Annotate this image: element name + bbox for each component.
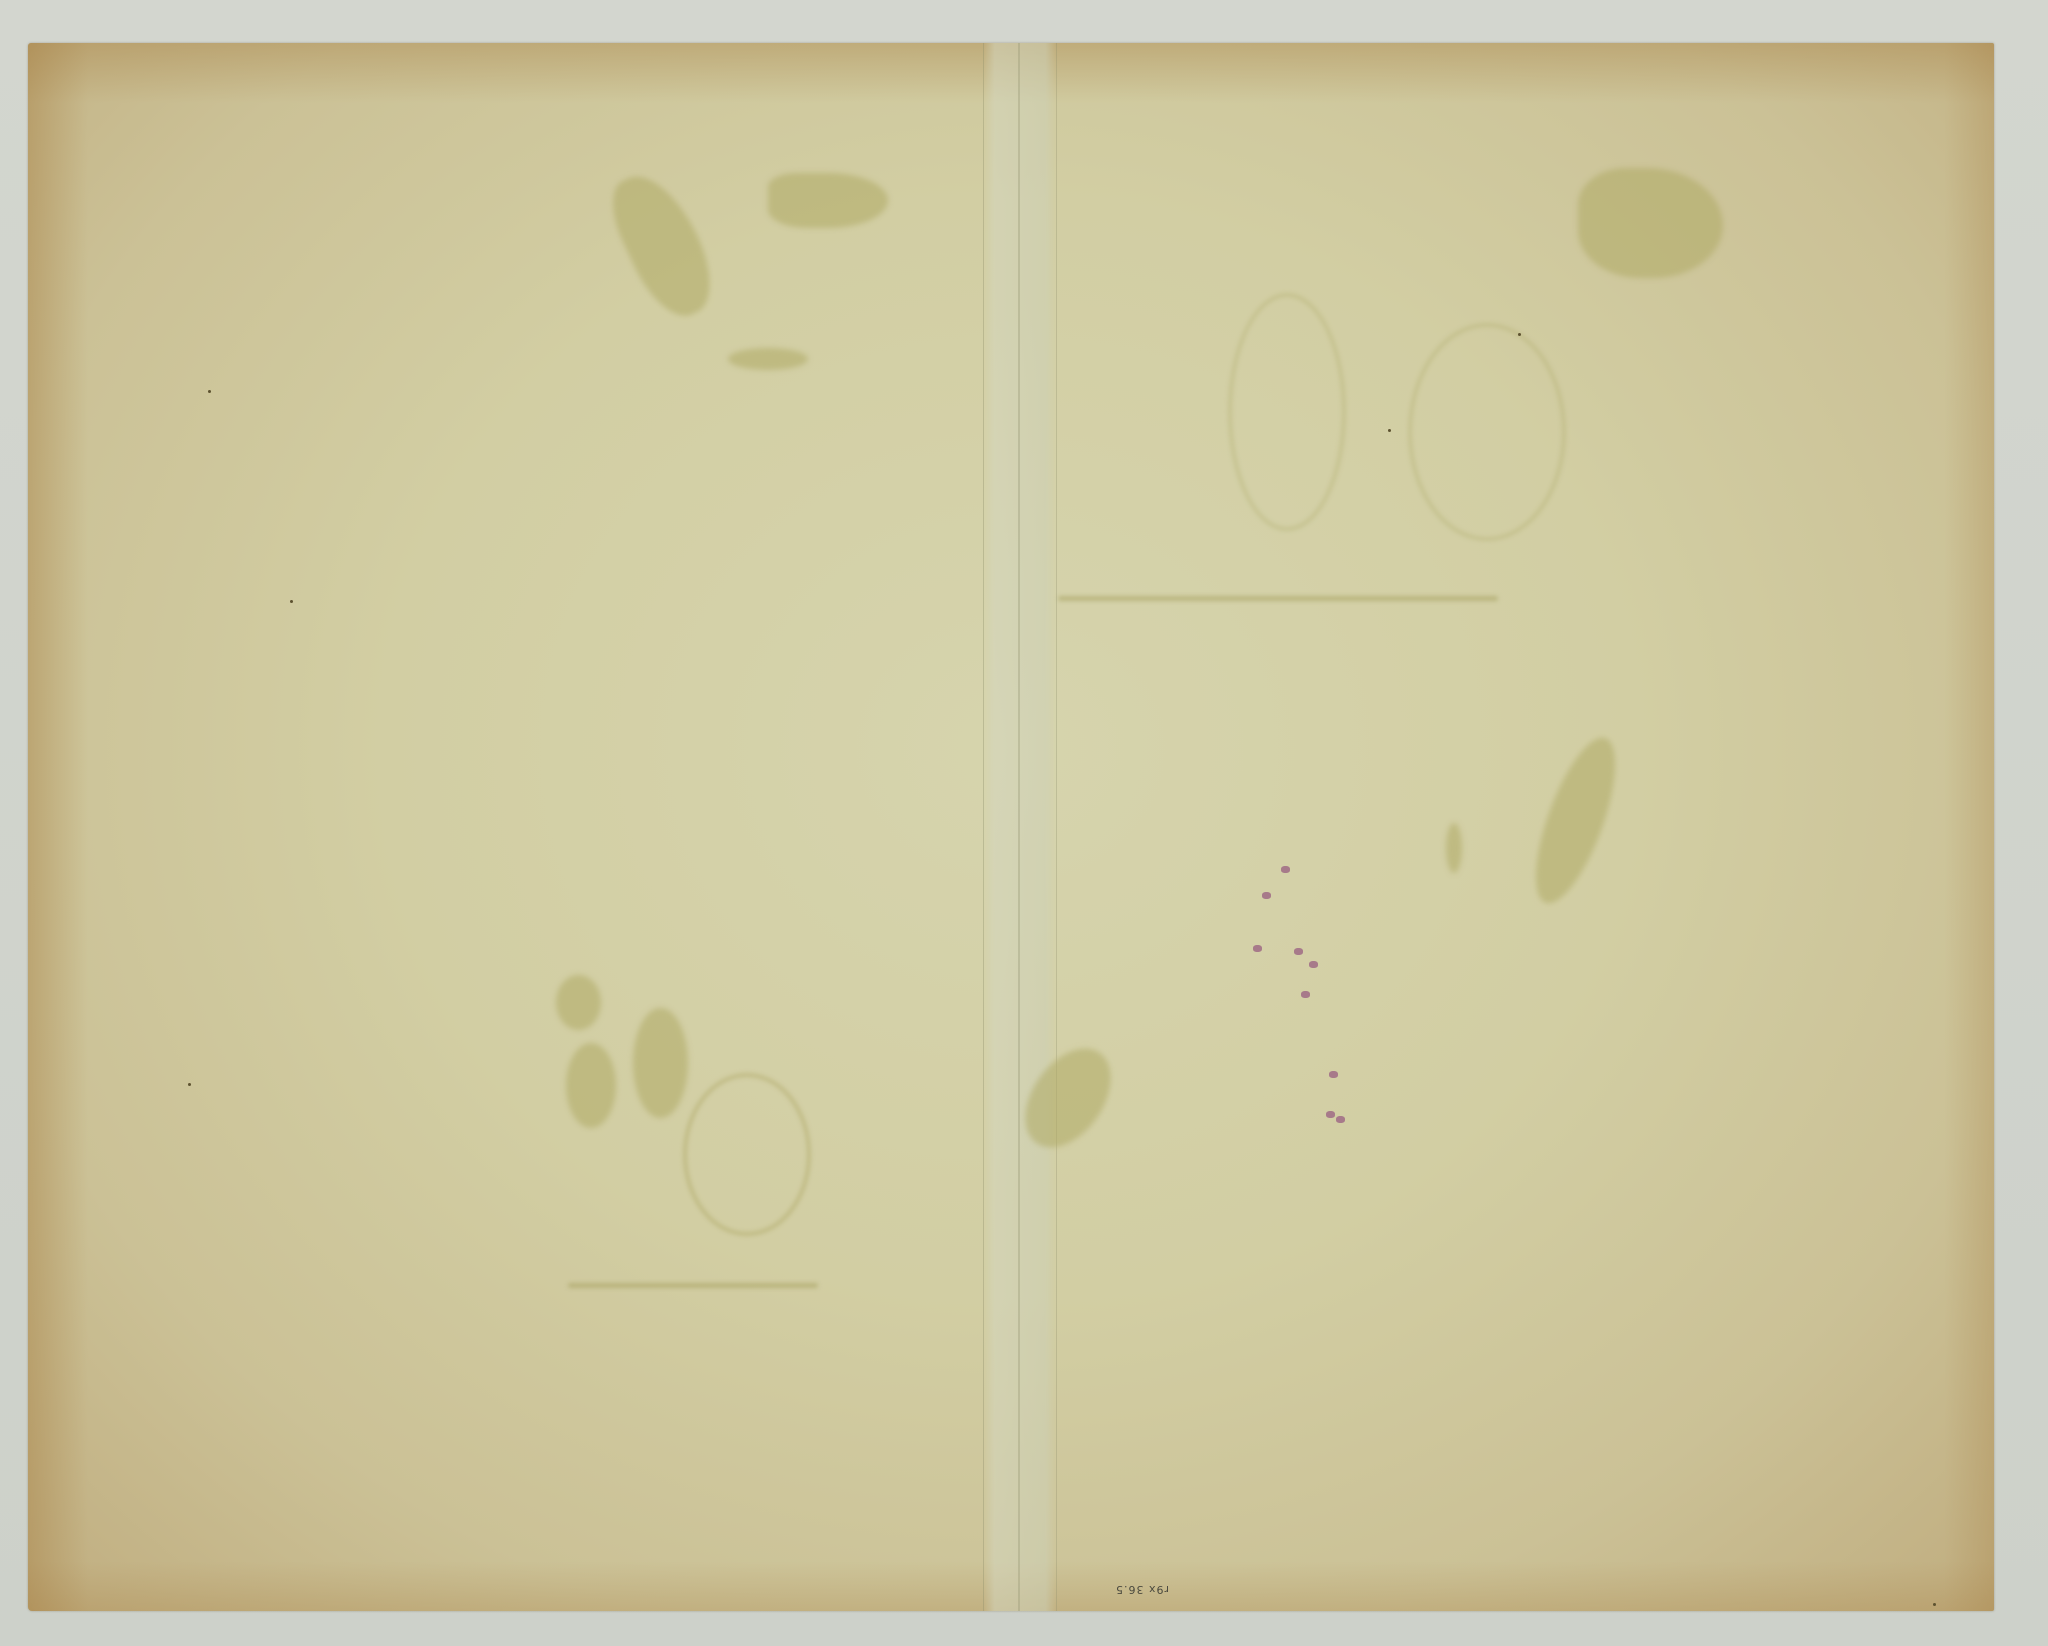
stain-top-left-c [728,348,808,370]
stain-right-elongated [1520,729,1632,912]
pink-mark [1336,1116,1345,1123]
speck [1933,1603,1936,1606]
stain-top-right-ring-b [1408,323,1566,541]
pink-mark [1262,892,1271,899]
stain-top-right-ring-a [1228,293,1346,531]
center-fold-line [1018,43,1020,1611]
stain-top-right-patch [1578,168,1723,278]
stain-bottom-left-ring [683,1073,811,1236]
stain-bottom-left-c [633,1008,688,1118]
speck [208,390,211,393]
pencil-inscription: r9x 36.5 [1115,1583,1169,1596]
stain-top-left-a [600,162,727,328]
center-joining-strip [983,43,1057,1611]
speck [188,1083,191,1086]
pink-mark [1326,1111,1335,1118]
pink-mark [1309,961,1318,968]
stain-top-left-b [768,173,888,228]
speck [290,600,293,603]
pink-mark [1281,866,1290,873]
pink-mark [1329,1071,1338,1078]
pink-mark [1253,945,1262,952]
stain-bottom-left-a [556,975,601,1030]
speck [1388,429,1391,432]
pink-mark [1301,991,1310,998]
pink-mark [1294,948,1303,955]
stain-bottom-left-b [566,1043,616,1128]
stain-right-small [1446,823,1462,873]
paper-sheet [28,43,1994,1611]
stain-horizontal-line-left [568,1283,818,1288]
stain-horizontal-line-right [1058,596,1498,601]
speck [1518,333,1521,336]
